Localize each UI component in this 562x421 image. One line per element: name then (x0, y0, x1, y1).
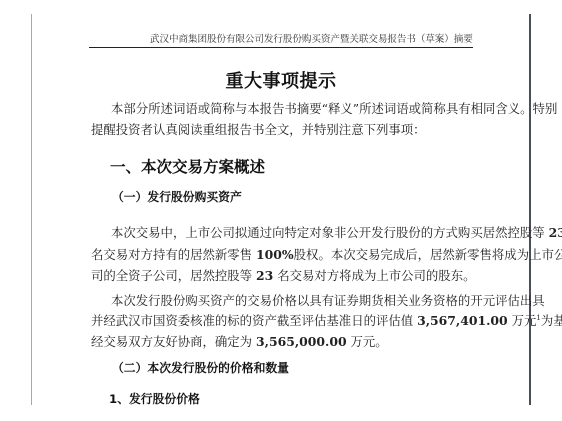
item-heading-1: 1、发行股份价格 (109, 391, 200, 407)
section-heading-1: 一、本次交易方案概述 (110, 157, 265, 177)
subsection-heading-1: （一）发行股份购买资产 (112, 189, 242, 205)
text: 股权。本次交易完成后，居然新零售将成为上市公 (294, 247, 562, 262)
page-title: 重大事项提示 (0, 70, 562, 94)
number: 3,565,000.00 (256, 334, 347, 349)
intro-line-1: 本部分所述词语或简称与本报告书摘要“释义”所述词语或简称具有相同含义。特别 (111, 101, 557, 117)
para2-line-3: 经交易双方友好协商，确定为 3,565,000.00 万元。 (91, 334, 388, 350)
text: 本次交易中，上市公司拟通过向特定对象非公开发行股份的方式购买居然控股等 (111, 225, 549, 240)
text: 名交易对方持有的居然新零售 (91, 247, 256, 262)
para2-line-1: 本次发行股份购买资产的交易价格以具有证券期货相关业务资格的开元评估出具 (111, 293, 545, 309)
header-divider (89, 47, 473, 48)
number: 23 (256, 268, 273, 283)
para1-line-2: 名交易对方持有的居然新零售 100%股权。本次交易完成后，居然新零售将成为上市公 (91, 247, 562, 263)
running-header: 武汉中商集团股份有限公司发行股份购买资产暨关联交易报告书（草案）摘要 (150, 34, 472, 46)
text: 经交易双方友好协商，确定为 (91, 334, 256, 349)
number: 3,567,401.00 (417, 313, 508, 328)
intro-line-2: 提醒投资者认真阅读重组报告书全文，并特别注意下列事项： (91, 122, 426, 138)
text: 万元。 (347, 334, 388, 349)
number: 23 (549, 225, 562, 240)
para1-line-1: 本次交易中，上市公司拟通过向特定对象非公开发行股份的方式购买居然控股等 23 (111, 225, 562, 241)
text: 为基础， (541, 313, 562, 328)
text: 名交易对方将成为上市公司的股东。 (273, 268, 475, 283)
para1-line-3: 司的全资子公司，居然控股等 23 名交易对方将成为上市公司的股东。 (91, 268, 475, 284)
text: 万元 (508, 313, 537, 328)
para2-line-2: 并经武汉市国资委核准的标的资产截至评估基准日的评估值 3,567,401.00 … (91, 313, 562, 329)
text: 并经武汉市国资委核准的标的资产截至评估基准日的评估值 (91, 313, 417, 328)
text: 司的全资子公司，居然控股等 (91, 268, 256, 283)
document-page: 武汉中商集团股份有限公司发行股份购买资产暨关联交易报告书（草案）摘要 重大事项提… (0, 0, 562, 421)
subsection-heading-2: （二）本次发行股份的价格和数量 (112, 360, 289, 376)
number: 100% (256, 247, 294, 262)
